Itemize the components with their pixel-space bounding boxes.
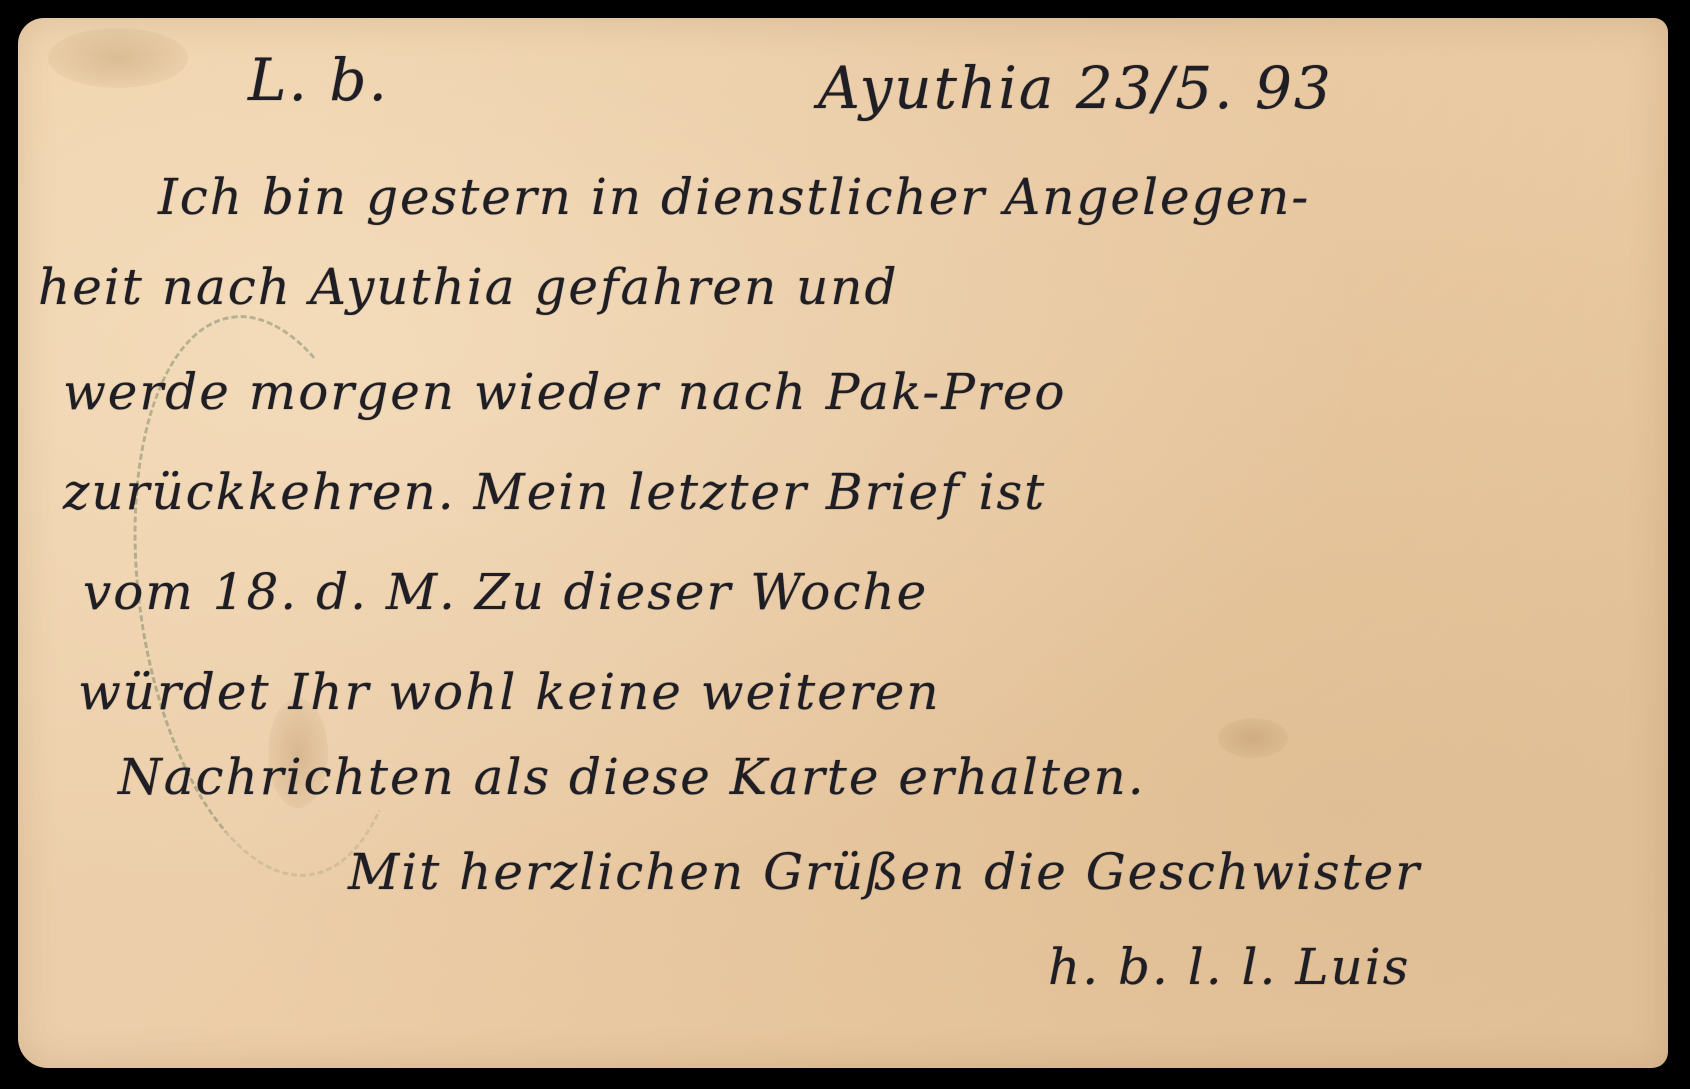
place-date: Ayuthia 23/5. 93 (818, 54, 1333, 122)
text-line-2: heit nach Ayuthia gefahren und (38, 258, 899, 316)
salutation: L. b. (248, 46, 389, 114)
text-line-7: Nachrichten als diese Karte erhalten. (118, 748, 1146, 806)
text-line-3: werde morgen wieder nach Pak-Preo (63, 363, 1067, 421)
stain (1218, 718, 1288, 758)
scan-background: L. b. Ayuthia 23/5. 93 Ich bin gestern i… (0, 0, 1690, 1089)
stain (48, 28, 188, 88)
text-line-4: zurückkehren. Mein letzter Brief ist (63, 463, 1046, 521)
text-line-1: Ich bin gestern in dienstlicher Angelege… (158, 168, 1310, 226)
closing: Mit herzlichen Grüßen die Geschwister (348, 843, 1421, 901)
text-line-5: vom 18. d. M. Zu dieser Woche (83, 563, 928, 621)
postcard: L. b. Ayuthia 23/5. 93 Ich bin gestern i… (18, 18, 1668, 1068)
text-line-6: würdet Ihr wohl keine weiteren (78, 663, 941, 721)
signature: h. b. l. l. Luis (1048, 938, 1410, 996)
